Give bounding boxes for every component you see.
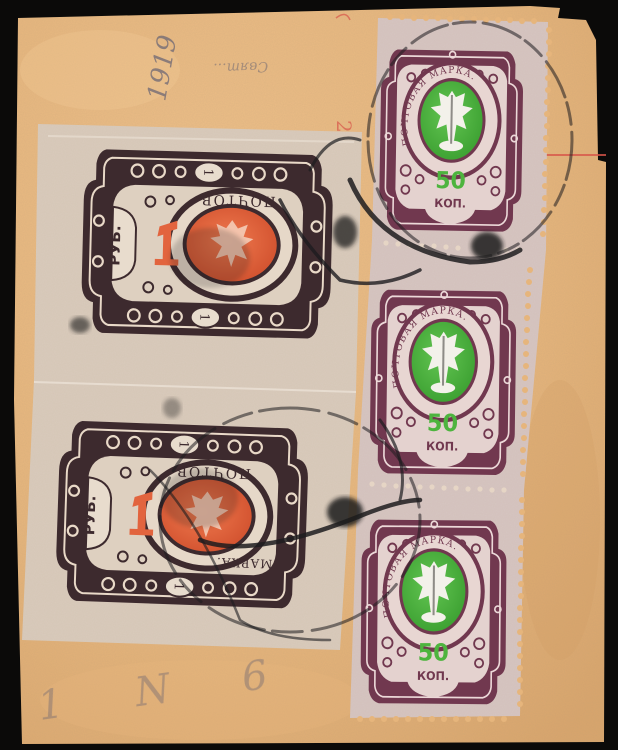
stamp-kopek-top: 50 КОП. ПОЧТОВАЯ МАРКА. [379,49,524,232]
svg-text:2: 2 [332,120,356,133]
ruble-top-inscription: ПОЧТОВ [199,191,275,209]
kopek-bottom-unit: КОП. [417,669,449,684]
kopek-middle-unit: КОП. [426,439,459,454]
stamp-kopek-bottom: 50 КОП. ПОЧТОВАЯ МАРКА. [360,519,506,704]
kopek-stamp-strip: 50 КОП. ПОЧТОВАЯ МАРКА. 50 КОП. ПОЧТОВАЯ… [350,14,552,722]
ruble-stamp-pair: РУБ. ПОЧТОВ 1 1 РУБ. ПОЧТОВ МАРКА. 1 1 [22,124,362,650]
svg-text:1: 1 [200,168,215,177]
kopek-middle-value: 50 [427,410,459,437]
stamp-piece-scene: 1919 Свят... 1 N 6 2 РУБ. ПОЧТОВ 1 1 РУБ… [0,0,618,750]
svg-text:1: 1 [196,313,211,322]
kopek-top-unit: КОП. [434,196,466,211]
kopek-top-value: 50 [435,167,466,194]
manuscript-scribble-top: Свят... [213,58,268,76]
ruble-bottom-inscription-lower: МАРКА. [216,555,273,571]
svg-text:1: 1 [176,440,191,449]
kopek-bottom-value: 50 [418,640,449,667]
stamp-kopek-middle: 50 КОП. ПОЧТОВАЯ МАРКА. [369,289,516,475]
